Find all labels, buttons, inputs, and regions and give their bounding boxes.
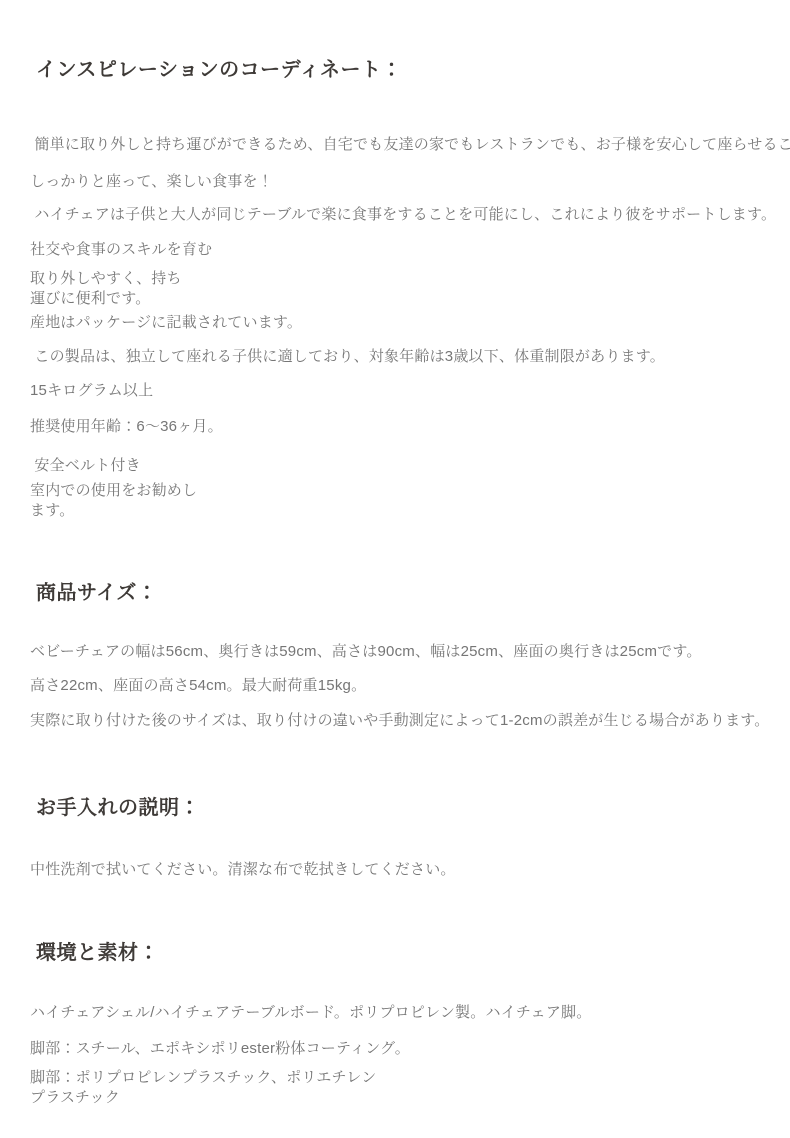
paragraph: 安全ベルト付き	[30, 456, 141, 476]
paragraph: 中性洗剤で拭いてください。清潔な布で乾拭きしてください。	[30, 860, 456, 880]
section-heading-environment-materials: 環境と素材：	[36, 940, 159, 966]
paragraph: 15キログラム以上	[30, 381, 153, 401]
paragraph: この製品は、独立して座れる子供に適しており、対象年齢は3歳以下、体重制限がありま…	[30, 347, 665, 367]
paragraph: 脚部：ポリプロピレンプラスチック、ポリエチレン プラスチック	[30, 1068, 376, 1108]
paragraph: 実際に取り付けた後のサイズは、取り付けの違いや手動測定によって1-2cmの誤差が…	[30, 711, 769, 731]
paragraph: 社交や食事のスキルを育む	[30, 240, 212, 260]
paragraph: 簡単に取り外しと持ち運びができるため、自宅でも友達の家でもレストランでも、お子様…	[30, 135, 790, 155]
product-description-page: インスピレーションのコーディネート： 簡単に取り外しと持ち運びができるため、自宅…	[0, 0, 790, 1138]
paragraph: ベビーチェアの幅は56cm、奥行きは59cm、高さは90cm、幅は25cm、座面…	[30, 642, 702, 662]
section-heading-product-size: 商品サイズ：	[36, 580, 157, 606]
paragraph: 産地はパッケージに記載されています。	[30, 313, 302, 333]
section-heading-inspiration: インスピレーションのコーディネート：	[36, 57, 402, 83]
paragraph: 室内での使用をお勧めし ます。	[30, 481, 197, 521]
paragraph: ハイチェアシェル/ハイチェアテーブルボード。ポリプロピレン製。ハイチェア脚。	[30, 1003, 591, 1023]
paragraph: ハイチェアは子供と大人が同じテーブルで楽に食事をすることを可能にし、これにより彼…	[30, 205, 776, 225]
paragraph: 脚部：スチール、エポキシポリester粉体コーティング。	[30, 1039, 410, 1059]
paragraph: しっかりと座って、楽しい食事を！	[30, 172, 273, 192]
paragraph: 推奨使用年齢：6〜36ヶ月。	[30, 417, 223, 437]
section-heading-care-instructions: お手入れの説明：	[36, 795, 200, 821]
paragraph: 取り外しやすく、持ち 運びに便利です。	[30, 269, 182, 309]
paragraph: 高さ22cm、座面の高さ54cm。最大耐荷重15kg。	[30, 676, 366, 696]
